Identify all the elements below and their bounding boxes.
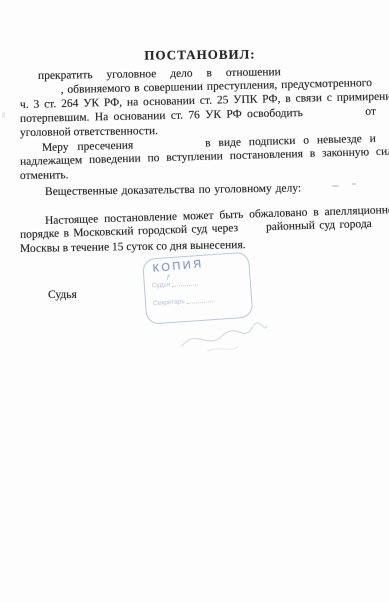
- copy-stamp: КОПИЯ 𝘧 Судья Секретарь: [142, 252, 253, 325]
- scanned-court-resolution-page: ПОСТАНОВИЛ: прекратить уголовное дело в …: [0, 0, 389, 602]
- signature-squiggle-icon: [178, 316, 270, 356]
- redacted-name-gap: [20, 84, 61, 98]
- redacted-name-gap: [303, 115, 365, 116]
- stamp-judge-label: Судья: [152, 281, 171, 289]
- signature-judge-label: Судья: [48, 289, 77, 302]
- stamp-judge-row: Судья: [152, 279, 199, 289]
- stamp-signature-line: [187, 300, 213, 304]
- stamp-signature-line: [172, 283, 198, 287]
- stamp-secretary-row: Секретарь: [153, 296, 213, 307]
- scan-speck: [352, 183, 356, 185]
- stamp-copy-label: КОПИЯ: [152, 258, 204, 275]
- scan-speck: [332, 185, 339, 187]
- para1-line5: уголовной ответственности.: [20, 125, 158, 140]
- para2-line3: отменить.: [20, 169, 69, 183]
- redacted-name-gap: [133, 146, 205, 148]
- stamp-secretary-label: Секретарь: [153, 298, 185, 307]
- heading-postanovil: ПОСТАНОВИЛ:: [10, 46, 389, 63]
- para3-line1: Вещественные доказательства по уголовном…: [45, 182, 301, 199]
- redacted-name-gap: [238, 230, 266, 231]
- scan-speck: [2, 112, 5, 118]
